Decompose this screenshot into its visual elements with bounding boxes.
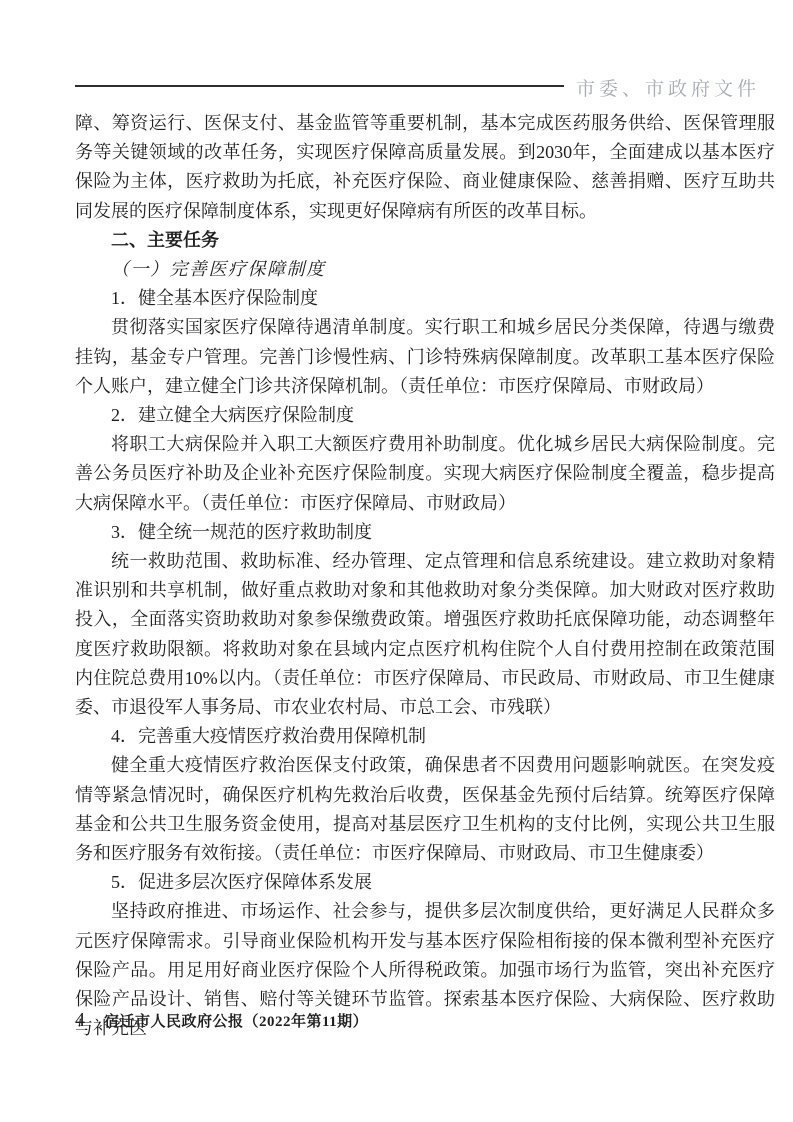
task-title: 3．健全统一规范的医疗救助制度 [75, 518, 775, 547]
section-heading: 二、主要任务 [75, 226, 775, 255]
task-body: 将职工大病保险并入职工大额医疗费用补助制度。优化城乡居民大病保险制度。完善公务员… [75, 430, 775, 518]
header-section-label: 市委、市政府文件 [576, 74, 760, 101]
gazette-page: 市委、市政府文件 障、筹资运行、医保支付、基金监管等重要机制，基本完成医药服务供… [0, 0, 793, 1122]
task-title: 2．建立健全大病医疗保险制度 [75, 401, 775, 430]
task-item: 1．健全基本医疗保险制度 贯彻落实国家医疗保障待遇清单制度。实行职工和城乡居民分… [75, 284, 775, 401]
continuation-paragraph: 障、筹资运行、医保支付、基金监管等重要机制，基本完成医药服务供给、医保管理服务等… [75, 109, 775, 226]
task-body: 贯彻落实国家医疗保障待遇清单制度。实行职工和城乡居民分类保障，待遇与缴费挂钩，基… [75, 313, 775, 401]
subsection-heading: （一）完善医疗保障制度 [75, 255, 775, 284]
task-body: 健全重大疫情医疗救治医保支付政策，确保患者不因费用问题影响就医。在突发疫情等紧急… [75, 751, 775, 868]
task-item: 4．完善重大疫情医疗救治费用保障机制 健全重大疫情医疗救治医保支付政策，确保患者… [75, 722, 775, 868]
task-item: 3．健全统一规范的医疗救助制度 统一救助范围、救助标准、经办管理、定点管理和信息… [75, 518, 775, 722]
task-body: 统一救助范围、救助标准、经办管理、定点管理和信息系统建设。建立救助对象精准识别和… [75, 547, 775, 722]
task-title: 1．健全基本医疗保险制度 [75, 284, 775, 313]
task-title: 4．完善重大疫情医疗救治费用保障机制 [75, 722, 775, 751]
document-body: 障、筹资运行、医保支付、基金监管等重要机制，基本完成医药服务供给、医保管理服务等… [75, 109, 775, 1044]
header-rule [75, 85, 564, 87]
publication-title: 宿迁市人民政府公报（2022年第11期） [104, 1010, 368, 1031]
task-item: 2．建立健全大病医疗保险制度 将职工大病保险并入职工大额医疗费用补助制度。优化城… [75, 401, 775, 518]
task-title: 5．促进多层次医疗保障体系发展 [75, 868, 775, 897]
page-number: 4 [75, 1009, 85, 1032]
page-footer: 4 宿迁市人民政府公报（2022年第11期） [75, 1009, 775, 1032]
